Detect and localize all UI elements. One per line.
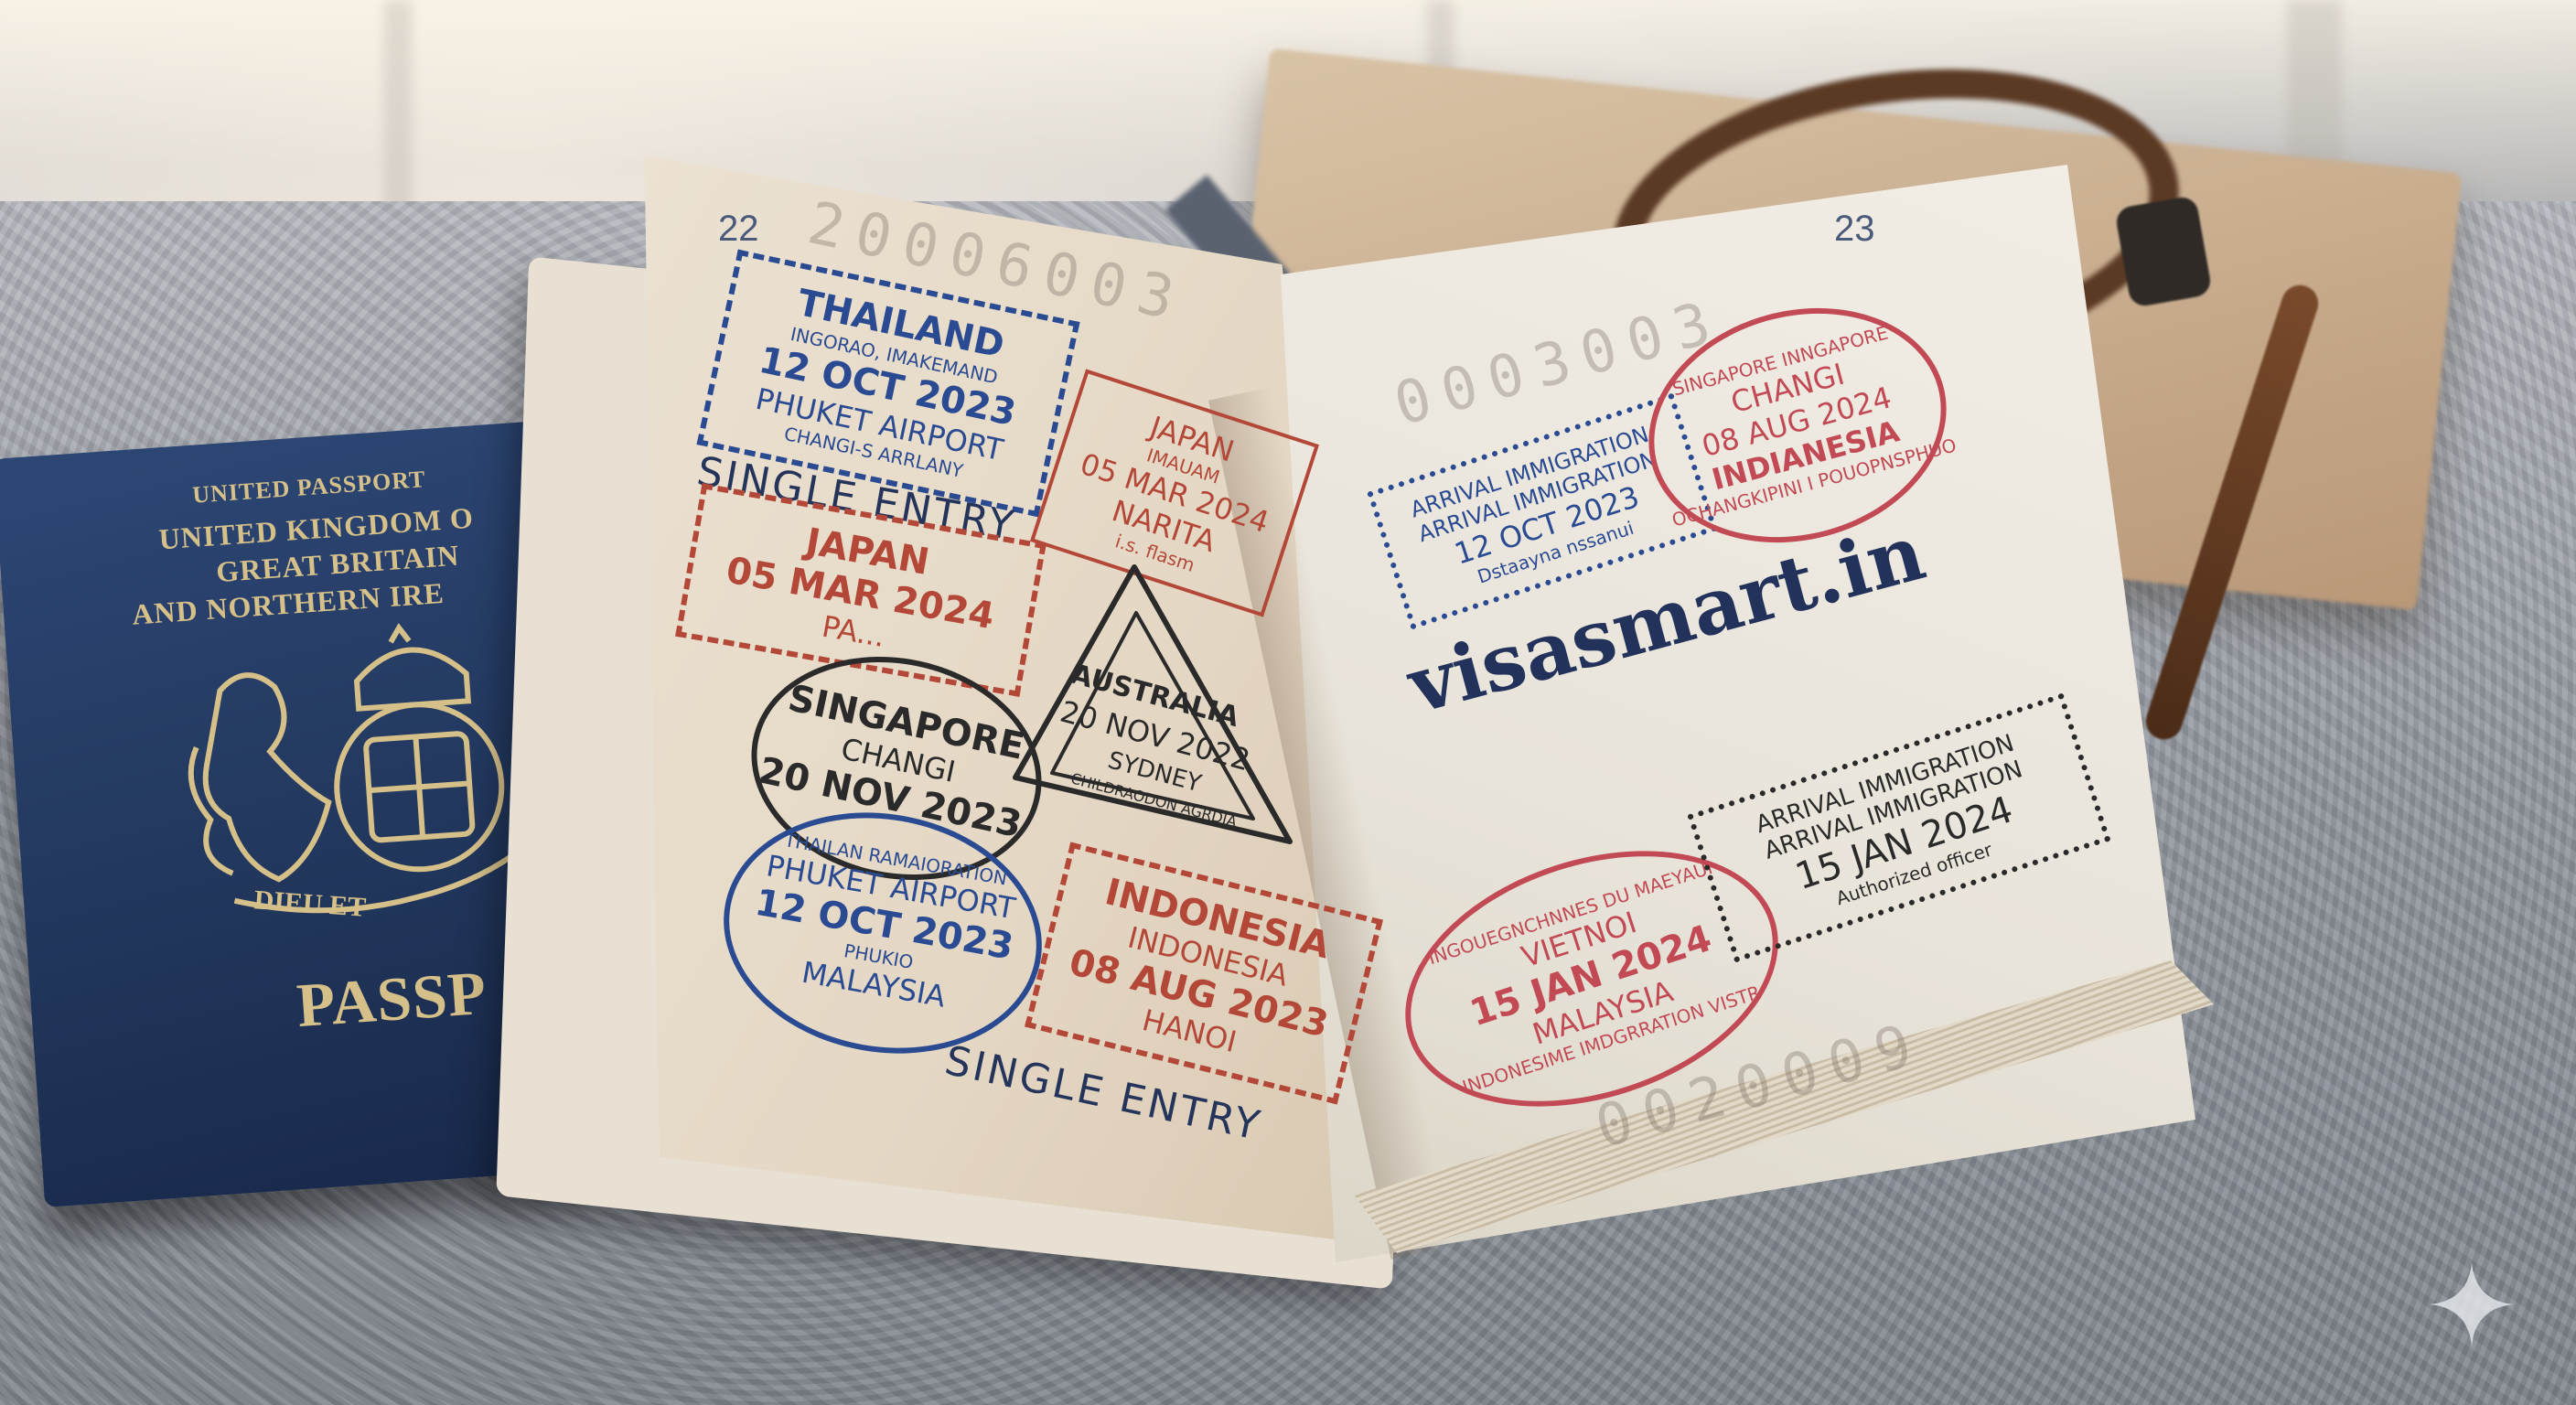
royal-coat-of-arms-icon: DIEU ET <box>161 616 530 950</box>
strap-buckle <box>2114 195 2213 308</box>
passport-title: PASSP <box>295 957 489 1042</box>
page-number-right: 23 <box>1834 209 1875 250</box>
sparkle-icon <box>2426 1259 2517 1350</box>
page-number-left: 22 <box>718 209 759 250</box>
passport-header-line: UNITED PASSPORT <box>191 466 426 509</box>
svg-text:DIEU ET: DIEU ET <box>253 885 368 922</box>
stamp-australia: AUSTRALIA 20 NOV 2022 SYDNEY CHILDRAODON… <box>1006 549 1308 860</box>
